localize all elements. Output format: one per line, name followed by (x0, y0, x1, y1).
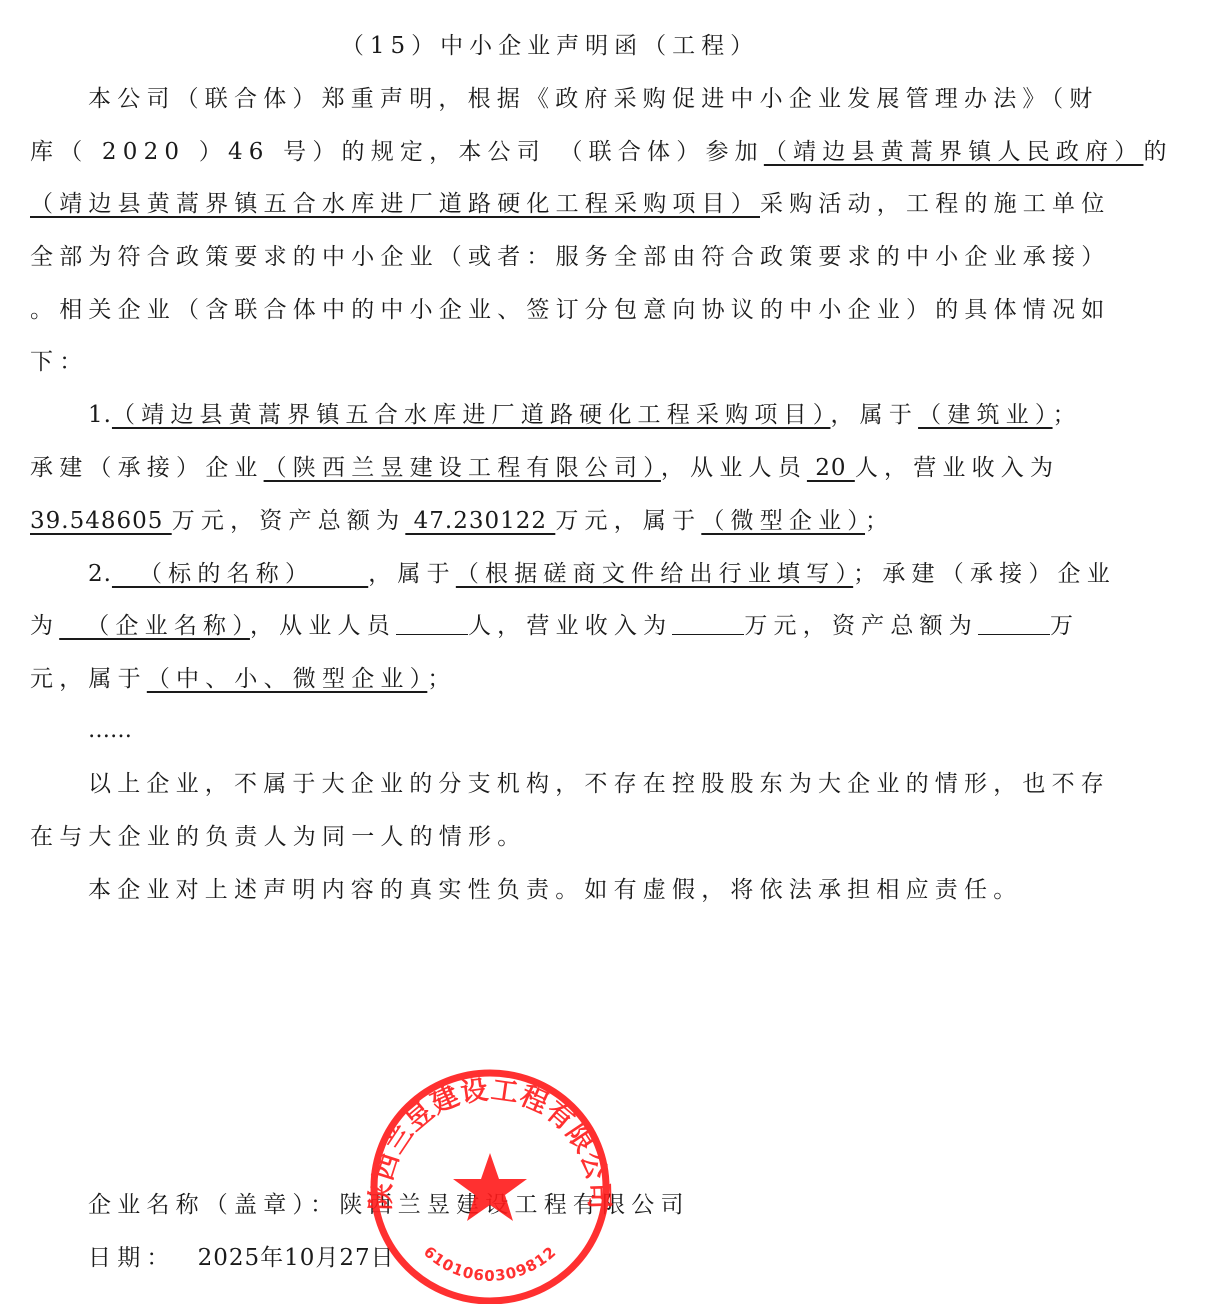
item1-company: （陕西兰昱建设工程有限公司） (264, 455, 661, 481)
signature-date-line: 日期：2025年10月27日 (88, 1243, 1133, 1273)
item2-company: （企业名称） (59, 613, 250, 639)
intro-line-5: 。相关企业（含联合体中的中小企业、签订分包意向协议的中小企业）的具体情况如 (30, 295, 1075, 325)
item1-number: 1. (88, 402, 112, 428)
item1-contractor-label: 承建（承接）企业 (30, 455, 264, 481)
item1-unit-2: 万元，属于 (555, 508, 701, 534)
ellipsis: …… (88, 716, 132, 746)
statement-1-line-2: 在与大企业的负责人为同一人的情形。 (30, 822, 1075, 852)
item2-assets-blank[interactable] (978, 612, 1050, 635)
item2-line-3: 元，属于（中、小、微型企业）； (30, 664, 1075, 694)
statement-1-line-1: 以上企业，不属于大企业的分支机构，不存在控股股东为大企业的情形，也不存 (88, 769, 1133, 799)
intro-line-2-suffix: 的 (1143, 139, 1172, 165)
intro-line-3: （靖边县黄蒿界镇五合水库进厂道路硬化工程采购项目）采购活动，工程的施工单位 (30, 189, 1075, 219)
item2-contractor-label: ；承建（承接）企业 (853, 561, 1116, 587)
item2-unit-wan: 万 (1050, 613, 1079, 639)
item2-size: （中、小、微型企业） (147, 666, 428, 692)
item1-size: （微型企业） (701, 508, 865, 534)
intro-line-2-prefix: 库（ 2020 ）46 号）的规定，本公司 （联合体）参加 (30, 139, 764, 165)
item2-number: 2. (88, 561, 112, 587)
item1-line-3: 39.548605 万元，资产总额为 47.230122 万元，属于（微型企业）… (30, 506, 1075, 536)
item2-end: ； (427, 666, 456, 692)
item1-line-1: 1.（靖边县黄蒿界镇五合水库进厂道路硬化工程采购项目），属于（建筑业）； (88, 400, 1133, 430)
item2-for-label: 为 (30, 613, 59, 639)
item2-revenue-label: 人，营业收入为 (468, 613, 672, 639)
intro-line-2: 库（ 2020 ）46 号）的规定，本公司 （联合体）参加（靖边县黄蒿界镇人民政… (30, 137, 1075, 167)
item1-subject: （靖边县黄蒿界镇五合水库进厂道路硬化工程采购项目） (112, 402, 831, 428)
item2-line-1: 2. （标的名称） ，属于（根据磋商文件给出行业填写）；承建（承接）企业 (88, 559, 1133, 589)
item1-belongs-label: ，属于 (830, 402, 918, 428)
item1-unit-1: 万元，资产总额为 (172, 508, 406, 534)
item1-industry: （建筑业） (918, 402, 1053, 428)
document-title: （15）中小企业声明函（工程） (0, 30, 1100, 62)
item2-line-2: 为 （企业名称），从业人员人，营业收入为万元，资产总额为万 (30, 611, 1075, 641)
company-name: 陕西兰昱建设工程有限公司 (339, 1192, 689, 1218)
item1-end: ； (865, 508, 894, 534)
item2-subject: （标的名称） (112, 561, 368, 587)
purchaser-name: （靖边县黄蒿界镇人民政府） (764, 139, 1144, 165)
intro-line-6: 下： (30, 347, 1075, 377)
item2-unit-1: 万元，资产总额为 (744, 613, 978, 639)
item1-revenue: 39.548605 (30, 508, 172, 534)
company-label: 企业名称（盖章）： (88, 1192, 339, 1218)
intro-line-3-suffix: 采购活动，工程的施工单位 (760, 191, 1110, 217)
item1-assets: 47.230122 (405, 508, 555, 534)
item2-belongs-label: ，属于 (368, 561, 456, 587)
date-value: 2025年10月27日 (198, 1245, 395, 1271)
project-name: （靖边县黄蒿界镇五合水库进厂道路硬化工程采购项目） (30, 191, 760, 217)
intro-line-4: 全部为符合政策要求的中小企业（或者：服务全部由符合政策要求的中小企业承接） (30, 242, 1075, 272)
item1-employees-label: ，从业人员 (661, 455, 807, 481)
date-label: 日期： (88, 1245, 176, 1271)
statement-2: 本企业对上述声明内容的真实性负责。如有虚假，将依法承担相应责任。 (88, 875, 1133, 905)
item2-revenue-blank[interactable] (672, 612, 744, 635)
item1-semicolon: ； (1053, 402, 1082, 428)
item2-employees-blank[interactable] (396, 612, 468, 635)
item1-line-2: 承建（承接）企业（陕西兰昱建设工程有限公司），从业人员 20 人，营业收入为 (30, 453, 1075, 483)
item2-yuan-label: 元，属于 (30, 666, 147, 692)
item1-revenue-label: 人，营业收入为 (855, 455, 1059, 481)
signature-company-line: 企业名称（盖章）：陕西兰昱建设工程有限公司 (88, 1190, 1133, 1220)
intro-line-1: 本公司（联合体）郑重声明，根据《政府采购促进中小企业发展管理办法》（财 (88, 84, 1133, 114)
item1-employees: 20 (807, 455, 855, 481)
document-page: （15）中小企业声明函（工程） 本公司（联合体）郑重声明，根据《政府采购促进中小… (0, 0, 1218, 1304)
item2-industry: （根据磋商文件给出行业填写） (456, 561, 853, 587)
item2-employees-label: ，从业人员 (250, 613, 396, 639)
